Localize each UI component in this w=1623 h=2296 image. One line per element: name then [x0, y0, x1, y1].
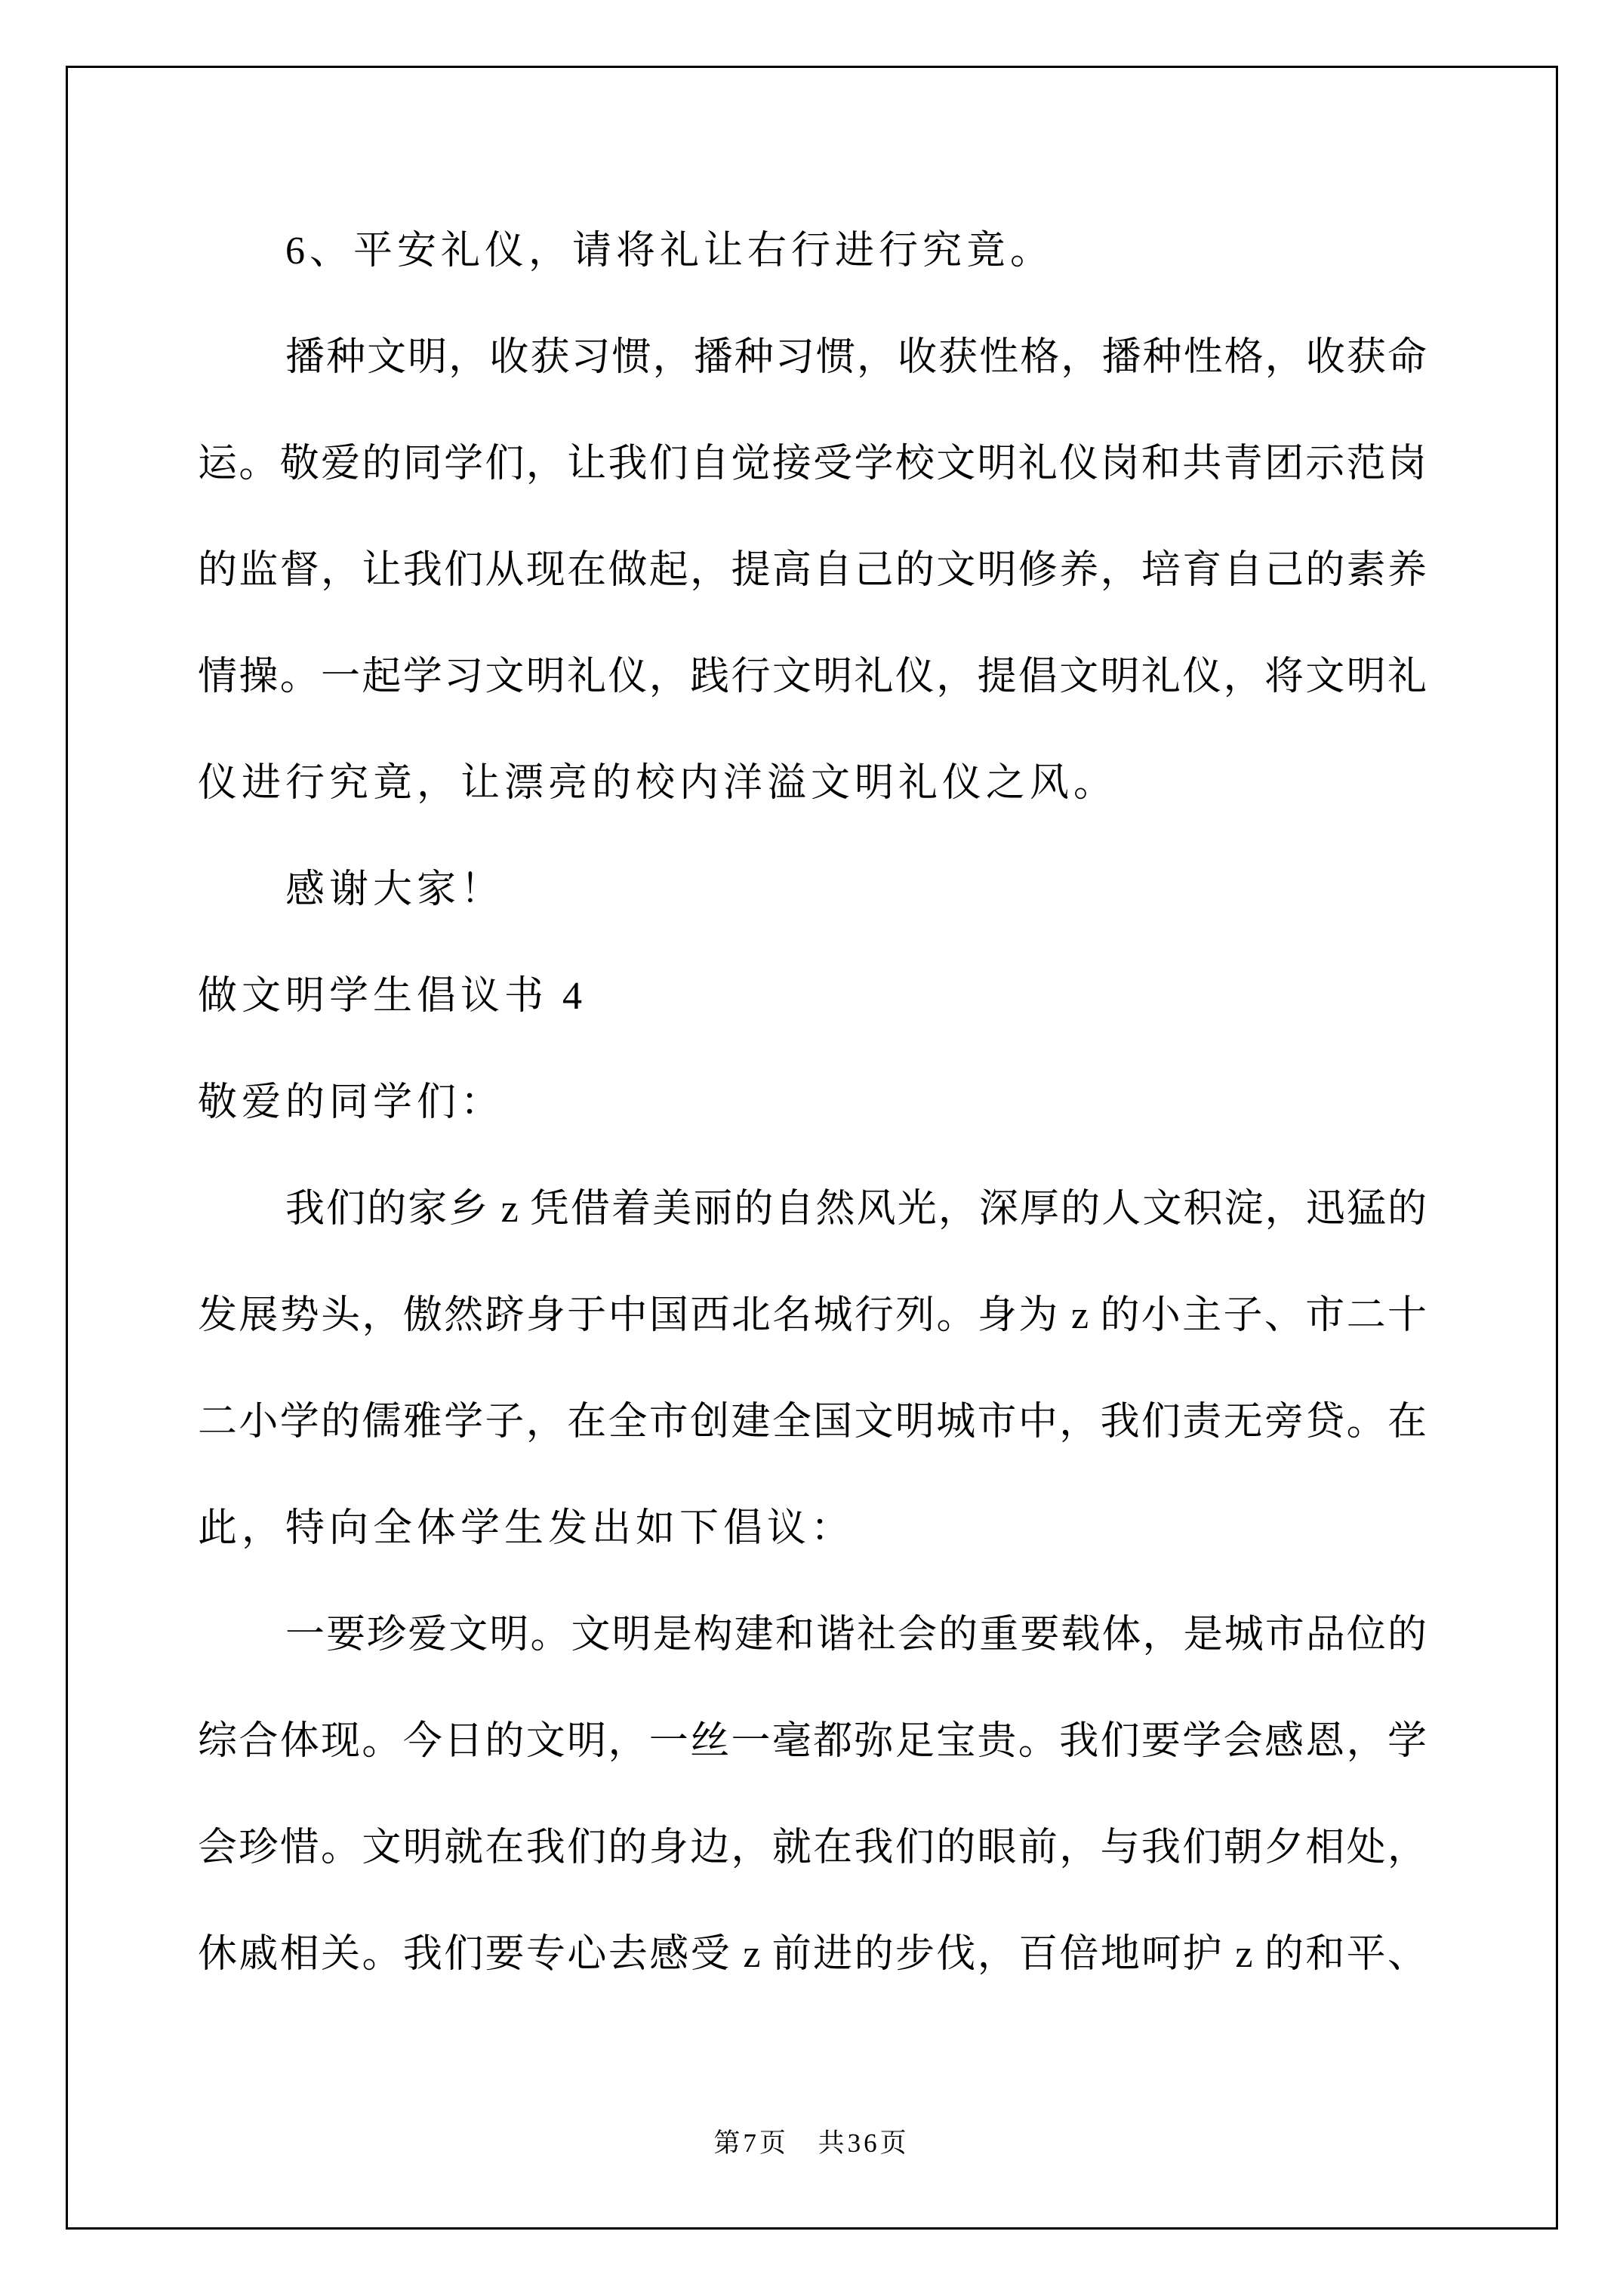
text-line: 仪进行究竟，让漂亮的校内洋溢文明礼仪之风。: [198, 730, 1427, 837]
text-line: 6、平安礼仪，请将礼让右行进行究竟。: [198, 198, 1427, 304]
page-footer: 第7页 共36页: [0, 2128, 1623, 2159]
text-line: 休戚相关。我们要专心去感受 z 前进的步伐，百倍地呵护 z 的和平、: [198, 1901, 1427, 2008]
text-line: 发展势头，傲然跻身于中国西北名城行列。身为 z 的小主子、市二十: [198, 1262, 1427, 1369]
salutation-line: 敬爱的同学们：: [198, 1049, 1427, 1156]
text-line: 我们的家乡 z 凭借着美丽的自然风光，深厚的人文积淀，迅猛的: [198, 1156, 1427, 1262]
text-line: 一要珍爱文明。文明是构建和谐社会的重要载体，是城市品位的: [198, 1582, 1427, 1688]
text-line: 综合体现。今日的文明，一丝一毫都弥足宝贵。我们要学会感恩，学: [198, 1688, 1427, 1795]
text-line: 情操。一起学习文明礼仪，践行文明礼仪，提倡文明礼仪，将文明礼: [198, 624, 1427, 730]
text-line: 此，特向全体学生发出如下倡议：: [198, 1475, 1427, 1582]
text-line: 播种文明，收获习惯，播种习惯，收获性格，播种性格，收获命: [198, 304, 1427, 411]
section-heading: 做文明学生倡议书 4: [198, 943, 1427, 1049]
document-page: { "document": { "lines": [ { "text": "6、…: [0, 0, 1623, 2296]
text-line: 的监督，让我们从现在做起，提高自己的文明修养，培育自己的素养: [198, 517, 1427, 624]
text-line: 运。敬爱的同学们，让我们自觉接受学校文明礼仪岗和共青团示范岗: [198, 411, 1427, 517]
text-body: 6、平安礼仪，请将礼让右行进行究竟。 播种文明，收获习惯，播种习惯，收获性格，播…: [198, 198, 1427, 2008]
text-line: 会珍惜。文明就在我们的身边，就在我们的眼前，与我们朝夕相处，: [198, 1795, 1427, 1901]
text-line: 感谢大家！: [198, 837, 1427, 943]
footer-total-pages: 共36页: [818, 2128, 910, 2159]
footer-page-number: 第7页: [713, 2128, 789, 2159]
text-line: 二小学的儒雅学子，在全市创建全国文明城市中，我们责无旁贷。在: [198, 1369, 1427, 1475]
